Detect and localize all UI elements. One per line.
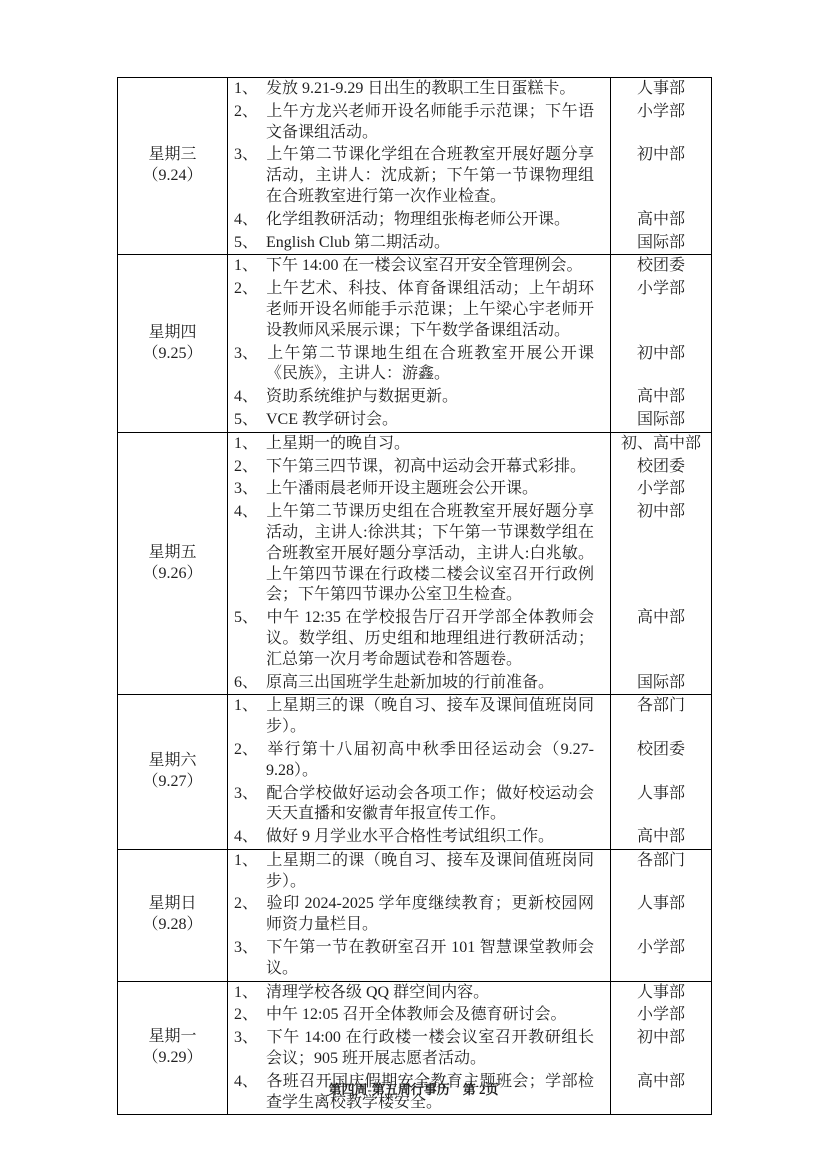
department-label: 人事部 [611,982,711,1005]
item-number: 3、 [234,938,266,959]
schedule-row: 星期三 （9.24） 1、发放 9.21-9.29 日出生的教职工生日蛋糕卡。 … [118,78,711,254]
schedule-item: 4、资助系统维护与数据更新。 高中部 [228,386,711,409]
schedule-item: 5、VCE 教学研讨会。 国际部 [228,409,711,432]
item-text: 2、上午艺术、科技、体育备课组活动；上午胡环老师开设名师能手示范课；上午梁心宇老… [228,278,611,342]
item-content: 上星期三的课（晚自习、接车及课间值班岗同步）。 [266,697,594,735]
item-text: 2、验印 2024-2025 学年度继续教育；更新校园网师资力量栏目。 [228,893,611,937]
item-text: 2、上午方龙兴老师开设名师能手示范课；下午语文备课组活动。 [228,101,611,145]
schedule-row: 星期四 （9.25） 1、下午 14:00 在一楼会议室召开安全管理例会。 校团… [118,254,711,431]
item-text: 3、下午第一节在教研室召开 101 智慧课堂教师会议。 [228,937,611,981]
item-content: 发放 9.21-9.29 日出生的教职工生日蛋糕卡。 [266,80,575,97]
department-label: 高中部 [611,607,711,671]
department-label: 初中部 [611,144,711,208]
schedule-item: 2、上午方龙兴老师开设名师能手示范课；下午语文备课组活动。 小学部 [228,101,711,145]
schedule-item: 1、清理学校各级 QQ 群空间内容。 人事部 [228,982,711,1005]
item-number: 2、 [234,894,266,915]
department-label: 人事部 [611,783,711,827]
schedule-item: 3、配合学校做好运动会各项工作；做好校运动会天天直播和安徽青年报宣传工作。 人事… [228,783,711,827]
schedule-item: 1、上星期一的晚自习。 初、高中部 [228,433,711,456]
item-text: 1、上星期三的课（晚自习、接车及课间值班岗同步）。 [228,695,611,739]
item-text: 6、原高三出国班学生赴新加坡的行前准备。 [228,672,611,695]
department-label: 国际部 [611,232,711,255]
item-content: 上午第二节课化学组在合班教室开展好题分享活动，主讲人：沈成新；下午第一节课物理组… [266,146,594,205]
item-number: 6、 [234,673,266,694]
date-label: （9.29） [142,1048,202,1069]
schedule-row: 星期五 （9.26） 1、上星期一的晚自习。 初、高中部 2、下午第三四节课，初… [118,432,711,695]
item-number: 1、 [234,983,266,1004]
item-number: 5、 [234,608,266,629]
item-content: 原高三出国班学生赴新加坡的行前准备。 [266,674,554,691]
date-label: （9.24） [142,166,202,187]
schedule-item: 5、中午 12:35 在学校报告厅召开学部全体教师会议。数学组、历史组和地理组进… [228,607,711,671]
department-label: 校团委 [611,255,711,278]
item-content: 做好 9 月学业水平合格性考试组织工作。 [266,828,554,845]
day-cell: 星期日 （9.28） [118,850,228,981]
item-content: 上午第二节课地生组在合班教室开展公开课《民族》，主讲人：游鑫。 [266,345,594,383]
department-label: 国际部 [611,409,711,432]
schedule-item: 2、中午 12:05 召开全体教师会及德育研讨会。 小学部 [228,1004,711,1027]
item-number: 1、 [234,434,266,455]
item-content: 配合学校做好运动会各项工作；做好校运动会天天直播和安徽青年报宣传工作。 [266,785,594,823]
item-number: 2、 [234,279,266,300]
item-text: 3、下午 14:00 在行政楼一楼会议室召开教研组长会议；905 班开展志愿者活… [228,1027,611,1071]
department-label: 小学部 [611,278,711,342]
item-number: 3、 [234,145,266,166]
schedule-table: 星期三 （9.24） 1、发放 9.21-9.29 日出生的教职工生日蛋糕卡。 … [117,77,712,1115]
item-content: 下午第三四节课，初高中运动会开幕式彩排。 [266,458,586,475]
department-label: 校团委 [611,739,711,783]
item-number: 4、 [234,210,266,231]
schedule-item: 3、上午第二节课化学组在合班教室开展好题分享活动，主讲人：沈成新；下午第一节课物… [228,144,711,208]
items-cell: 1、上星期一的晚自习。 初、高中部 2、下午第三四节课，初高中运动会开幕式彩排。… [228,433,711,695]
item-number: 4、 [234,827,266,848]
department-label: 校团委 [611,456,711,479]
item-content: 上星期二的课（晚自习、接车及课间值班岗同步）。 [266,852,594,890]
item-number: 5、 [234,233,266,254]
items-cell: 1、发放 9.21-9.29 日出生的教职工生日蛋糕卡。 人事部 2、上午方龙兴… [228,78,711,254]
item-content: English Club 第二期活动。 [266,234,450,251]
schedule-item: 2、验印 2024-2025 学年度继续教育；更新校园网师资力量栏目。 人事部 [228,893,711,937]
item-number: 2、 [234,102,266,123]
day-cell: 星期三 （9.24） [118,78,228,254]
item-text: 3、配合学校做好运动会各项工作；做好校运动会天天直播和安徽青年报宣传工作。 [228,783,611,827]
item-content: 上星期一的晚自习。 [266,435,410,452]
department-label: 初中部 [611,343,711,387]
department-label: 初中部 [611,1027,711,1071]
schedule-item: 4、做好 9 月学业水平合格性考试组织工作。 高中部 [228,826,711,849]
schedule-item: 6、原高三出国班学生赴新加坡的行前准备。 国际部 [228,672,711,695]
day-label: 星期五 [148,543,196,564]
schedule-item: 2、下午第三四节课，初高中运动会开幕式彩排。 校团委 [228,456,711,479]
item-number: 5、 [234,410,266,431]
date-label: （9.26） [142,564,202,585]
item-content: 上午方龙兴老师开设名师能手示范课；下午语文备课组活动。 [266,103,594,141]
item-number: 1、 [234,256,266,277]
department-label: 人事部 [611,78,711,101]
item-text: 1、清理学校各级 QQ 群空间内容。 [228,982,611,1005]
department-label: 初中部 [611,501,711,607]
items-cell: 1、上星期二的课（晚自习、接车及课间值班岗同步）。 各部门 2、验印 2024-… [228,850,711,981]
schedule-row: 星期日 （9.28） 1、上星期二的课（晚自习、接车及课间值班岗同步）。 各部门… [118,849,711,981]
department-label: 小学部 [611,101,711,145]
item-text: 3、上午第二节课地生组在合班教室开展公开课《民族》，主讲人：游鑫。 [228,343,611,387]
item-number: 2、 [234,457,266,478]
department-label: 高中部 [611,826,711,849]
day-label: 星期六 [148,751,196,772]
item-text: 5、VCE 教学研讨会。 [228,409,611,432]
schedule-item: 2、举行第十八届初高中秋季田径运动会（9.27-9.28）。 校团委 [228,739,711,783]
schedule-item: 1、上星期二的课（晚自习、接车及课间值班岗同步）。 各部门 [228,850,711,894]
department-label: 各部门 [611,850,711,894]
item-text: 2、下午第三四节课，初高中运动会开幕式彩排。 [228,456,611,479]
department-label: 高中部 [611,209,711,232]
schedule-item: 3、上午潘雨晨老师开设主题班会公开课。 小学部 [228,478,711,501]
item-text: 4、化学组教研活动；物理组张梅老师公开课。 [228,209,611,232]
item-text: 4、资助系统维护与数据更新。 [228,386,611,409]
item-text: 5、中午 12:35 在学校报告厅召开学部全体教师会议。数学组、历史组和地理组进… [228,607,611,671]
item-content: 举行第十八届初高中秋季田径运动会（9.27-9.28）。 [266,741,594,779]
schedule-item: 3、下午 14:00 在行政楼一楼会议室召开教研组长会议；905 班开展志愿者活… [228,1027,711,1071]
item-text: 1、发放 9.21-9.29 日出生的教职工生日蛋糕卡。 [228,78,611,101]
day-cell: 星期五 （9.26） [118,433,228,695]
page-footer: 第四周-第五周行事历 第 2页 [0,1079,827,1098]
item-text: 2、举行第十八届初高中秋季田径运动会（9.27-9.28）。 [228,739,611,783]
department-label: 小学部 [611,937,711,981]
item-number: 3、 [234,479,266,500]
item-number: 4、 [234,387,266,408]
item-text: 3、上午潘雨晨老师开设主题班会公开课。 [228,478,611,501]
item-number: 1、 [234,696,266,717]
day-cell: 星期六 （9.27） [118,695,228,849]
day-label: 星期一 [148,1027,196,1048]
schedule-item: 3、上午第二节课地生组在合班教室开展公开课《民族》，主讲人：游鑫。 初中部 [228,343,711,387]
schedule-item: 4、上午第二节课历史组在合班教室开展好题分享活动，主讲人:徐洪其；下午第一节课数… [228,501,711,607]
document-page: 星期三 （9.24） 1、发放 9.21-9.29 日出生的教职工生日蛋糕卡。 … [0,0,827,1169]
item-text: 1、上星期二的课（晚自习、接车及课间值班岗同步）。 [228,850,611,894]
schedule-item: 4、化学组教研活动；物理组张梅老师公开课。 高中部 [228,209,711,232]
day-cell: 星期四 （9.25） [118,255,228,431]
item-text: 2、中午 12:05 召开全体教师会及德育研讨会。 [228,1004,611,1027]
item-content: 上午潘雨晨老师开设主题班会公开课。 [266,480,538,497]
item-number: 3、 [234,344,266,365]
department-label: 初、高中部 [611,433,711,456]
item-text: 4、上午第二节课历史组在合班教室开展好题分享活动，主讲人:徐洪其；下午第一节课数… [228,501,611,607]
schedule-item: 1、下午 14:00 在一楼会议室召开安全管理例会。 校团委 [228,255,711,278]
department-label: 高中部 [611,386,711,409]
day-label: 星期日 [148,894,196,915]
date-label: （9.28） [142,915,202,936]
item-content: 验印 2024-2025 学年度继续教育；更新校园网师资力量栏目。 [266,895,594,933]
item-text: 3、上午第二节课化学组在合班教室开展好题分享活动，主讲人：沈成新；下午第一节课物… [228,144,611,208]
schedule-item: 1、上星期三的课（晚自习、接车及课间值班岗同步）。 各部门 [228,695,711,739]
item-content: 上午艺术、科技、体育备课组活动；上午胡环老师开设名师能手示范课；上午梁心宇老师开… [266,280,594,339]
item-content: VCE 教学研讨会。 [266,411,398,428]
items-cell: 1、下午 14:00 在一楼会议室召开安全管理例会。 校团委 2、上午艺术、科技… [228,255,711,431]
item-content: 资助系统维护与数据更新。 [266,388,458,405]
schedule-item: 1、发放 9.21-9.29 日出生的教职工生日蛋糕卡。 人事部 [228,78,711,101]
schedule-item: 3、下午第一节在教研室召开 101 智慧课堂教师会议。 小学部 [228,937,711,981]
department-label: 各部门 [611,695,711,739]
item-content: 清理学校各级 QQ 群空间内容。 [266,984,489,1001]
item-content: 化学组教研活动；物理组张梅老师公开课。 [266,211,570,228]
item-number: 3、 [234,1028,266,1049]
item-content: 中午 12:05 召开全体教师会及德育研讨会。 [266,1006,566,1023]
item-number: 2、 [234,1005,266,1026]
item-content: 下午 14:00 在行政楼一楼会议室召开教研组长会议；905 班开展志愿者活动。 [266,1029,594,1067]
item-number: 3、 [234,784,266,805]
item-text: 1、下午 14:00 在一楼会议室召开安全管理例会。 [228,255,611,278]
date-label: （9.27） [142,772,202,793]
day-label: 星期四 [148,323,196,344]
schedule-item: 2、上午艺术、科技、体育备课组活动；上午胡环老师开设名师能手示范课；上午梁心宇老… [228,278,711,342]
item-number: 1、 [234,851,266,872]
day-label: 星期三 [148,145,196,166]
items-cell: 1、上星期三的课（晚自习、接车及课间值班岗同步）。 各部门 2、举行第十八届初高… [228,695,711,849]
item-number: 1、 [234,79,266,100]
schedule-row: 星期六 （9.27） 1、上星期三的课（晚自习、接车及课间值班岗同步）。 各部门… [118,694,711,849]
item-content: 中午 12:35 在学校报告厅召开学部全体教师会议。数学组、历史组和地理组进行教… [266,609,594,668]
department-label: 国际部 [611,672,711,695]
item-number: 2、 [234,740,266,761]
item-number: 4、 [234,502,266,523]
date-label: （9.25） [142,344,202,365]
department-label: 小学部 [611,1004,711,1027]
department-label: 人事部 [611,893,711,937]
department-label: 小学部 [611,478,711,501]
item-content: 上午第二节课历史组在合班教室开展好题分享活动，主讲人:徐洪其；下午第一节课数学组… [266,503,594,603]
item-content: 下午 14:00 在一楼会议室召开安全管理例会。 [266,257,582,274]
item-text: 5、English Club 第二期活动。 [228,232,611,255]
item-content: 下午第一节在教研室召开 101 智慧课堂教师会议。 [266,939,594,977]
schedule-item: 5、English Club 第二期活动。 国际部 [228,232,711,255]
item-text: 1、上星期一的晚自习。 [228,433,611,456]
item-text: 4、做好 9 月学业水平合格性考试组织工作。 [228,826,611,849]
